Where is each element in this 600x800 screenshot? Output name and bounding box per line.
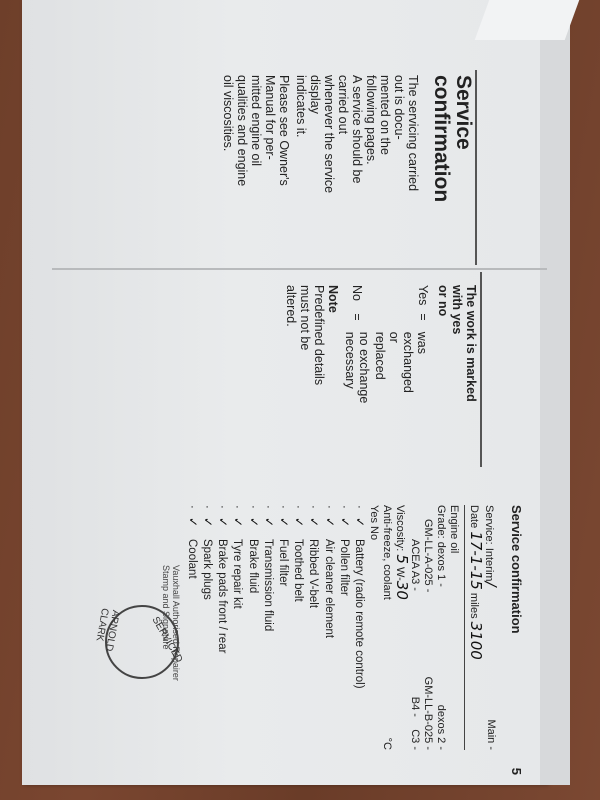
- service-type-row: Service: Interim/ Main -: [482, 505, 497, 750]
- grade-row: Grade: dexos 1 -GM-LL-A-025 -ACEA A3 - d…: [408, 505, 447, 750]
- page-fold: [52, 268, 547, 270]
- middle-rule: [480, 272, 482, 467]
- page-curl: [475, 0, 580, 40]
- check-mark-icon: ✓: [262, 517, 276, 539]
- legend-heading: The work is marked with yes or no: [436, 285, 478, 407]
- left-page-content: Service confirmation The servicing carri…: [221, 75, 474, 202]
- check-mark-icon: ✓: [353, 517, 367, 539]
- marking-legend: The work is marked with yes or no Yes=wa…: [284, 285, 478, 407]
- checklist-item: ·✓Pollen filter: [337, 505, 352, 775]
- page-number: 5: [509, 768, 524, 775]
- checklist-item: ·✓Air cleaner element: [321, 505, 336, 775]
- note-title: Note: [326, 285, 340, 407]
- checklist-item: ·✓Fuel filter: [276, 505, 291, 775]
- check-mark-icon: ✓: [246, 517, 260, 539]
- check-mark-icon: ✓: [277, 517, 291, 539]
- checklist-item: ·✓Ribbed V-belt: [306, 505, 321, 775]
- date-miles-row: Date 17-1-15 miles 3100: [464, 505, 482, 750]
- checklist-item: ·✓Toothed belt: [291, 505, 306, 775]
- right-page-content: Service confirmation 5 Service: Interim/…: [161, 505, 524, 775]
- check-mark-icon: ✓: [338, 517, 352, 539]
- checklist-item: ·✓Coolant: [185, 505, 200, 775]
- checklist-item: ·✓Tyre repair kit: [230, 505, 245, 775]
- note-text: Predefined details must not be altered.: [284, 285, 326, 407]
- antifreeze-row: Anti-freeze, coolant °C: [380, 505, 393, 750]
- checklist-item: ·✓Spark plugs: [200, 505, 215, 775]
- oil-paragraph: Please see Owner's Manual for per- mitte…: [221, 75, 291, 202]
- checklist-item: ·✓Brake pads front / rear: [215, 505, 230, 775]
- checklist-item: ·✓Brake fluid: [245, 505, 260, 775]
- viscosity-row: Viscosity: 5 W-30: [393, 505, 408, 750]
- checklist-item: ·✓Battery (radio remote control): [352, 505, 367, 775]
- title-rule: [475, 70, 477, 265]
- check-mark-icon: ✓: [201, 517, 215, 539]
- service-form: Service: Interim/ Main - Date 17-1-15 mi…: [367, 505, 497, 750]
- check-mark-icon: ✓: [231, 517, 245, 539]
- check-mark-icon: ✓: [307, 517, 321, 539]
- page-edge: [540, 0, 570, 785]
- check-mark-icon: ✓: [292, 517, 306, 539]
- checklist: ·✓Battery (radio remote control)·✓Pollen…: [185, 505, 367, 775]
- page-title: Service confirmation: [430, 75, 474, 202]
- check-mark-icon: ✓: [322, 517, 336, 539]
- right-page-header: Service confirmation 5: [509, 505, 524, 775]
- checklist-item: ·✓Transmission fluid: [261, 505, 276, 775]
- yes-no-table: Yes=was exchanged orreplaced No=no excha…: [342, 285, 430, 407]
- check-mark-icon: ✓: [186, 517, 200, 539]
- dealer-stamp: SERVICED ARNOLD CLARK: [105, 605, 179, 679]
- intro-paragraph: The servicing carried out is docu- mente…: [294, 75, 420, 202]
- check-mark-icon: ✓: [216, 517, 230, 539]
